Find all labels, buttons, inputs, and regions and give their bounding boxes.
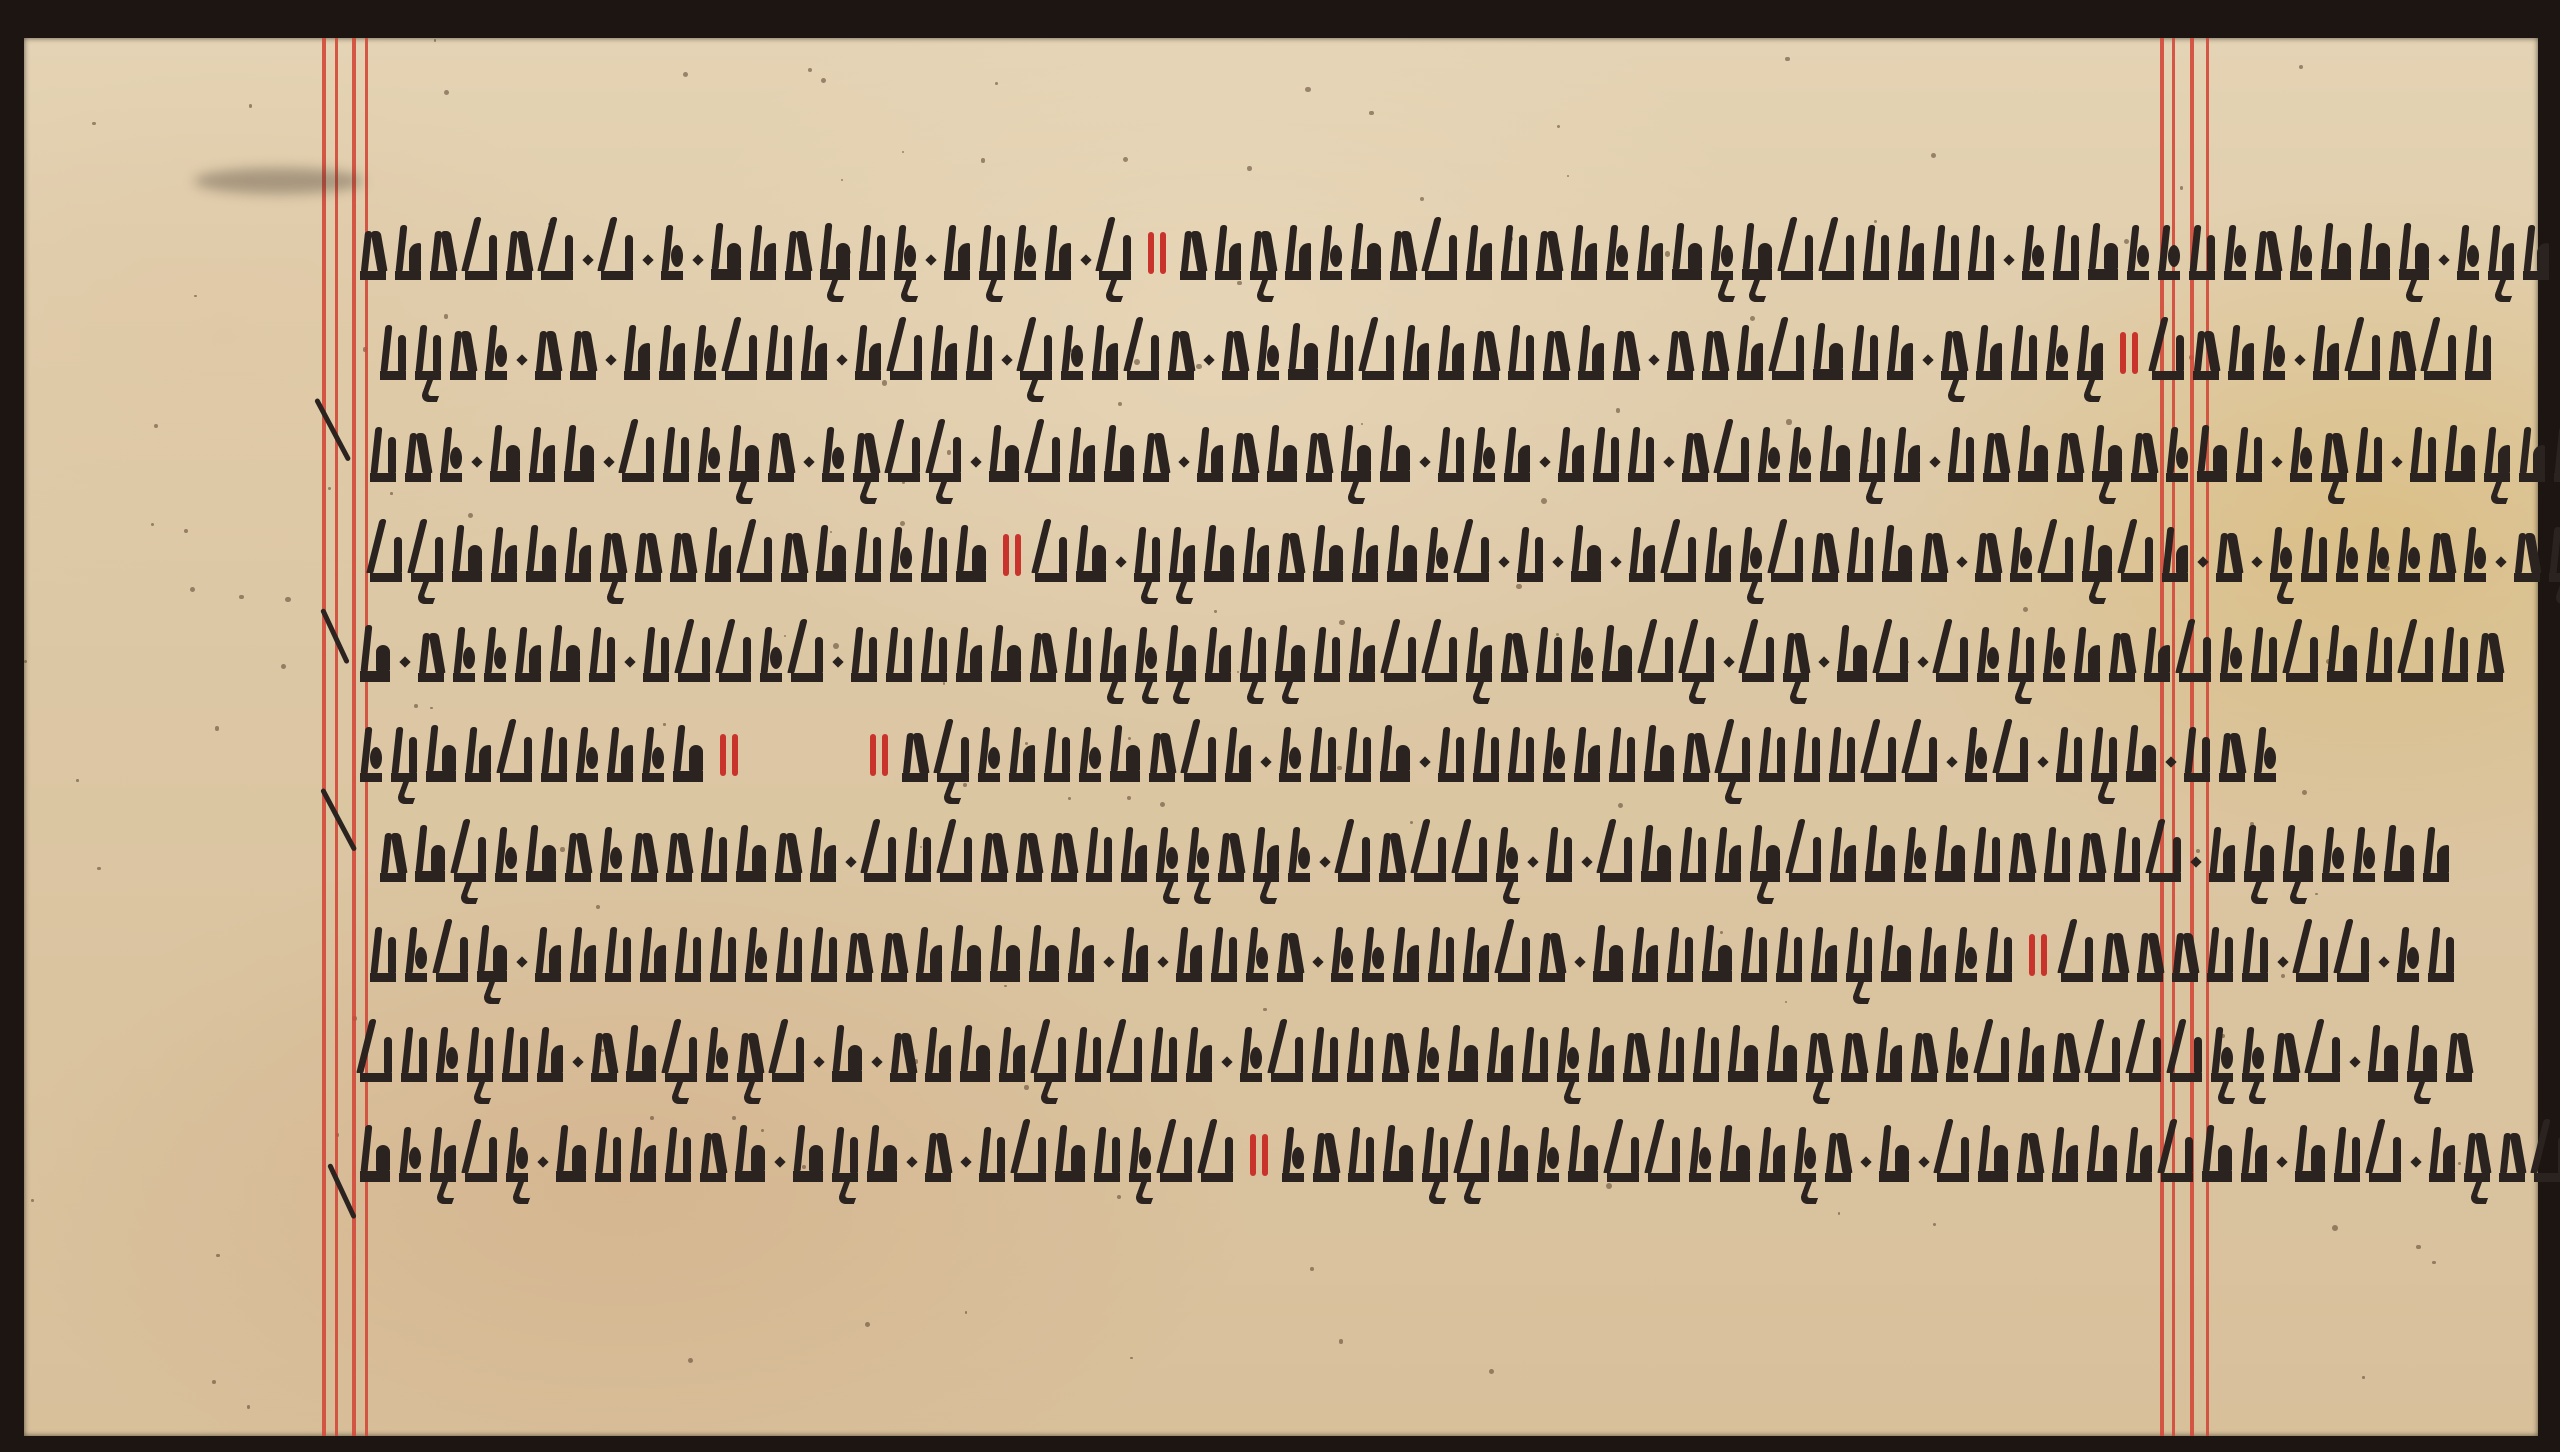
word-separator-dot xyxy=(1917,656,1928,667)
script-glyph xyxy=(1789,842,1821,882)
script-glyph xyxy=(890,340,922,380)
word-separator-dot xyxy=(2277,956,2288,967)
script-glyph xyxy=(1030,642,1056,682)
script-glyph xyxy=(395,240,421,280)
marginal-pen-stroke xyxy=(314,398,351,462)
script-glyph xyxy=(1667,942,1693,982)
script-glyph xyxy=(2184,742,2210,782)
word-separator-dot xyxy=(642,254,653,265)
script-glyph xyxy=(2337,942,2369,982)
script-glyph xyxy=(624,340,650,380)
manuscript-line-10 xyxy=(360,1112,2560,1182)
word-separator-dot xyxy=(2251,556,2262,567)
script-glyph xyxy=(605,942,631,982)
word-separator-dot xyxy=(1178,456,1189,467)
script-glyph xyxy=(401,1042,427,1082)
script-glyph xyxy=(1473,742,1499,782)
script-glyph xyxy=(1498,942,1530,982)
script-glyph xyxy=(1127,340,1159,380)
word-separator-dot xyxy=(572,1056,583,1067)
script-glyph xyxy=(2254,742,2276,782)
script-glyph xyxy=(1122,942,1148,982)
script-glyph xyxy=(2046,340,2068,380)
script-glyph xyxy=(1184,742,1216,782)
script-glyph xyxy=(673,742,703,782)
word-separator-dot xyxy=(2410,1156,2421,1167)
word-separator-dot xyxy=(1860,1156,1871,1167)
script-glyph xyxy=(626,1042,656,1082)
script-glyph xyxy=(565,842,591,882)
script-glyph xyxy=(1783,642,1809,682)
word-separator-dot xyxy=(1539,456,1550,467)
script-glyph xyxy=(529,442,555,482)
script-glyph xyxy=(925,1042,951,1082)
word-separator-dot xyxy=(2294,354,2305,365)
script-glyph xyxy=(793,1142,823,1182)
word-separator-dot xyxy=(774,1156,785,1167)
script-glyph xyxy=(1876,1042,1902,1082)
script-glyph xyxy=(1014,240,1036,280)
script-glyph xyxy=(1380,742,1410,782)
script-glyph xyxy=(1571,642,1593,682)
script-glyph xyxy=(881,942,907,982)
script-glyph xyxy=(1702,340,1728,380)
manuscript-line-5 xyxy=(360,612,2512,682)
red-double-danda xyxy=(2116,328,2142,374)
script-glyph xyxy=(1920,942,1946,982)
script-glyph xyxy=(1028,442,1060,482)
script-glyph xyxy=(816,542,846,582)
script-glyph xyxy=(1771,542,1803,582)
script-glyph xyxy=(766,340,792,380)
word-separator-dot xyxy=(2190,856,2201,867)
script-glyph xyxy=(1664,542,1696,582)
red-double-danda xyxy=(866,730,892,776)
script-glyph xyxy=(490,442,520,482)
script-glyph xyxy=(1935,842,1965,882)
script-glyph xyxy=(2087,1142,2117,1182)
script-glyph xyxy=(565,542,591,582)
script-glyph xyxy=(768,442,794,482)
script-glyph xyxy=(2296,942,2328,982)
script-glyph xyxy=(2484,442,2510,482)
script-glyph xyxy=(675,942,701,982)
script-glyph xyxy=(1029,942,1059,982)
script-glyph xyxy=(867,1142,897,1182)
script-glyph xyxy=(2353,842,2375,882)
script-glyph xyxy=(1457,1142,1489,1182)
word-separator-dot xyxy=(2003,254,2014,265)
word-separator-dot xyxy=(970,456,981,467)
script-glyph xyxy=(465,240,497,280)
script-glyph xyxy=(2442,642,2468,682)
script-glyph xyxy=(1473,442,1495,482)
script-glyph xyxy=(1349,642,1375,682)
script-glyph xyxy=(1977,642,1999,682)
script-glyph xyxy=(2446,1042,2472,1082)
word-separator-dot xyxy=(605,354,616,365)
script-glyph xyxy=(2220,642,2242,682)
script-glyph xyxy=(2321,240,2351,280)
script-glyph xyxy=(391,742,417,782)
script-glyph xyxy=(1065,642,1091,682)
word-separator-dot xyxy=(624,656,635,667)
script-glyph xyxy=(1110,742,1140,782)
word-separator-dot xyxy=(2438,254,2449,265)
script-glyph xyxy=(1314,642,1340,682)
script-glyph xyxy=(550,642,580,682)
script-glyph xyxy=(2166,442,2188,482)
word-separator-dot xyxy=(471,456,482,467)
script-glyph xyxy=(1609,742,1635,782)
red-double-danda xyxy=(1144,228,1170,274)
script-glyph xyxy=(1414,842,1446,882)
script-glyph xyxy=(2366,642,2392,682)
script-glyph xyxy=(515,642,541,682)
word-separator-dot xyxy=(1419,456,1430,467)
script-glyph xyxy=(436,1042,458,1082)
word-separator-dot xyxy=(871,1056,882,1067)
script-glyph xyxy=(859,240,885,280)
script-glyph xyxy=(1501,240,1527,280)
script-glyph xyxy=(595,1142,621,1182)
script-glyph xyxy=(506,240,532,280)
script-glyph xyxy=(1937,1142,1969,1182)
script-glyph xyxy=(2429,542,2455,582)
script-glyph xyxy=(1129,1142,1151,1182)
script-glyph xyxy=(360,240,386,280)
script-glyph xyxy=(591,1042,617,1082)
script-glyph xyxy=(370,542,402,582)
script-glyph xyxy=(2057,442,2083,482)
script-glyph xyxy=(1393,942,1419,982)
script-glyph xyxy=(2488,240,2514,280)
word-separator-dot xyxy=(516,956,527,967)
script-glyph xyxy=(999,1042,1025,1082)
script-glyph xyxy=(1121,842,1147,882)
script-glyph xyxy=(1020,340,1052,380)
script-glyph xyxy=(576,742,598,782)
script-glyph xyxy=(1847,542,1873,582)
script-glyph xyxy=(1197,442,1223,482)
script-glyph xyxy=(2137,942,2163,982)
word-separator-dot xyxy=(845,856,856,867)
script-glyph xyxy=(745,942,767,982)
script-glyph xyxy=(711,240,741,280)
script-glyph xyxy=(864,842,896,882)
script-glyph xyxy=(1680,842,1706,882)
script-glyph xyxy=(729,442,759,482)
word-separator-dot xyxy=(399,656,410,667)
script-glyph xyxy=(1536,240,1562,280)
script-glyph xyxy=(2389,340,2415,380)
script-glyph xyxy=(2202,1142,2232,1182)
script-glyph xyxy=(2079,842,2105,882)
script-glyph xyxy=(415,340,441,380)
script-glyph xyxy=(1232,442,1258,482)
script-glyph xyxy=(1014,1142,1046,1182)
script-glyph xyxy=(1863,240,1889,280)
word-separator-dot xyxy=(1103,956,1114,967)
script-glyph xyxy=(1711,240,1733,280)
script-glyph xyxy=(1035,542,1067,582)
script-glyph xyxy=(1789,442,1811,482)
script-glyph xyxy=(2424,340,2456,380)
script-glyph xyxy=(1741,942,1767,982)
script-glyph xyxy=(1613,340,1639,380)
script-glyph xyxy=(1438,742,1464,782)
script-glyph xyxy=(1571,240,1597,280)
script-glyph xyxy=(450,340,476,380)
script-glyph xyxy=(2534,1142,2560,1182)
word-separator-dot xyxy=(1648,354,1659,365)
script-glyph xyxy=(1859,442,1885,482)
manuscript-line-9 xyxy=(360,1012,2481,1082)
script-glyph xyxy=(2077,340,2103,380)
script-glyph xyxy=(1632,942,1658,982)
script-glyph xyxy=(601,240,633,280)
script-glyph xyxy=(541,742,567,782)
script-glyph xyxy=(2193,340,2219,380)
script-glyph xyxy=(2368,1042,2398,1082)
script-glyph xyxy=(2224,240,2246,280)
script-glyph xyxy=(2219,742,2245,782)
manuscript-text-block xyxy=(24,38,2538,1436)
word-separator-dot xyxy=(1221,1056,1232,1067)
script-glyph xyxy=(1715,842,1741,882)
script-glyph xyxy=(495,842,517,882)
script-glyph xyxy=(760,642,782,682)
script-glyph xyxy=(1921,542,1947,582)
script-glyph xyxy=(1338,842,1370,882)
script-glyph xyxy=(411,542,443,582)
script-glyph xyxy=(452,542,482,582)
script-glyph xyxy=(719,642,751,682)
script-glyph xyxy=(1806,1042,1832,1082)
script-glyph xyxy=(2152,340,2184,380)
script-glyph xyxy=(380,842,406,882)
script-glyph xyxy=(1628,442,1654,482)
manuscript-line-2 xyxy=(380,310,2500,380)
script-glyph xyxy=(1487,1042,1513,1082)
word-separator-dot xyxy=(1663,456,1674,467)
script-glyph xyxy=(1166,642,1196,682)
script-glyph xyxy=(630,1142,656,1182)
script-glyph xyxy=(640,942,666,982)
script-glyph xyxy=(1211,942,1237,982)
script-glyph xyxy=(2127,240,2149,280)
script-glyph xyxy=(541,240,573,280)
script-glyph xyxy=(436,942,468,982)
script-glyph xyxy=(791,642,823,682)
word-separator-dot xyxy=(1956,556,1967,567)
script-glyph xyxy=(694,340,716,380)
script-glyph xyxy=(1546,842,1572,882)
script-glyph xyxy=(1852,340,1878,380)
word-separator-dot xyxy=(1929,456,1940,467)
script-glyph xyxy=(2336,542,2358,582)
script-glyph xyxy=(2423,842,2449,882)
script-glyph xyxy=(1578,340,1604,380)
script-glyph xyxy=(1151,1042,1177,1082)
script-glyph xyxy=(537,1042,563,1082)
script-glyph xyxy=(1977,1042,2009,1082)
script-glyph xyxy=(2109,642,2135,682)
script-glyph xyxy=(2327,642,2357,682)
script-glyph xyxy=(1720,1142,1750,1182)
script-glyph xyxy=(785,240,811,280)
script-glyph xyxy=(931,340,957,380)
script-glyph xyxy=(2044,842,2070,882)
script-glyph xyxy=(1143,442,1169,482)
script-glyph xyxy=(440,442,462,482)
script-glyph xyxy=(1250,240,1276,280)
script-glyph xyxy=(1134,542,1160,582)
script-glyph xyxy=(370,942,396,982)
script-glyph xyxy=(1222,340,1248,380)
script-glyph xyxy=(1759,1142,1785,1182)
script-glyph xyxy=(710,942,736,982)
script-glyph xyxy=(1517,542,1543,582)
script-glyph xyxy=(1682,642,1714,682)
script-glyph xyxy=(564,442,594,482)
script-glyph xyxy=(832,1142,858,1182)
script-glyph xyxy=(832,1042,862,1082)
script-glyph xyxy=(2295,1142,2325,1182)
word-separator-dot xyxy=(537,1156,548,1167)
script-glyph xyxy=(1016,842,1042,882)
script-glyph xyxy=(1830,842,1856,882)
script-glyph xyxy=(600,542,626,582)
script-glyph xyxy=(2464,542,2486,582)
script-glyph xyxy=(1110,1042,1142,1082)
script-glyph xyxy=(1812,542,1838,582)
script-glyph xyxy=(890,542,912,582)
script-glyph xyxy=(635,542,661,582)
script-glyph xyxy=(1948,442,1974,482)
script-glyph xyxy=(2283,842,2313,882)
script-glyph xyxy=(1705,542,1731,582)
script-glyph xyxy=(2367,542,2389,582)
script-glyph xyxy=(2197,442,2227,482)
script-glyph xyxy=(2397,942,2419,982)
script-glyph xyxy=(2242,942,2268,982)
script-glyph xyxy=(570,340,596,380)
script-glyph xyxy=(2091,742,2117,782)
script-glyph xyxy=(1438,340,1464,380)
word-separator-dot xyxy=(803,456,814,467)
script-glyph xyxy=(1045,240,1071,280)
script-glyph xyxy=(1218,842,1244,882)
script-glyph xyxy=(775,842,801,882)
script-glyph xyxy=(1204,542,1234,582)
word-separator-dot xyxy=(1574,956,1585,967)
manuscript-line-1 xyxy=(360,210,2558,280)
script-glyph xyxy=(2207,942,2233,982)
script-glyph xyxy=(2061,942,2093,982)
script-glyph xyxy=(1306,442,1332,482)
script-glyph xyxy=(1282,1142,1304,1182)
marginal-pen-stroke xyxy=(320,608,350,664)
script-glyph xyxy=(1288,842,1310,882)
script-glyph xyxy=(735,1142,765,1182)
script-glyph xyxy=(1312,1042,1338,1082)
script-glyph xyxy=(1086,842,1112,882)
script-glyph xyxy=(2399,240,2429,280)
script-glyph xyxy=(1279,742,1301,782)
script-glyph xyxy=(2022,240,2044,280)
script-glyph xyxy=(1637,240,1663,280)
script-glyph xyxy=(737,1042,763,1082)
script-glyph xyxy=(2398,542,2420,582)
script-glyph xyxy=(1672,240,1702,280)
word-separator-dot xyxy=(960,1156,971,1167)
script-glyph xyxy=(1384,642,1416,682)
script-glyph xyxy=(1864,742,1896,782)
script-glyph xyxy=(894,240,916,280)
script-glyph xyxy=(1882,542,1912,582)
script-glyph xyxy=(666,842,692,882)
script-glyph xyxy=(1320,240,1342,280)
script-glyph xyxy=(921,642,947,682)
script-glyph xyxy=(506,1142,528,1182)
script-glyph xyxy=(1644,742,1674,782)
script-glyph xyxy=(951,942,981,982)
script-glyph xyxy=(1629,542,1655,582)
script-glyph xyxy=(1246,942,1268,982)
script-glyph xyxy=(1813,340,1843,380)
script-glyph xyxy=(1403,340,1429,380)
script-glyph xyxy=(1201,1142,1233,1182)
script-glyph xyxy=(1683,742,1709,782)
script-glyph xyxy=(2126,1142,2152,1182)
script-glyph xyxy=(2129,1042,2161,1082)
script-glyph xyxy=(2010,542,2032,582)
script-glyph xyxy=(1508,742,1534,782)
script-glyph xyxy=(1362,340,1394,380)
script-glyph xyxy=(2348,340,2380,380)
script-glyph xyxy=(706,1042,728,1082)
script-glyph xyxy=(665,1042,697,1082)
red-double-danda xyxy=(716,730,742,776)
script-glyph xyxy=(502,1042,528,1082)
script-glyph xyxy=(2056,742,2082,782)
script-glyph xyxy=(890,1042,916,1082)
word-separator-dot xyxy=(1312,956,1323,967)
script-glyph xyxy=(1822,240,1854,280)
script-glyph xyxy=(2092,442,2122,482)
script-glyph xyxy=(925,1142,951,1182)
script-glyph xyxy=(1387,542,1417,582)
script-glyph xyxy=(1135,642,1157,682)
script-glyph xyxy=(2158,240,2180,280)
script-glyph xyxy=(1271,1042,1303,1082)
script-glyph xyxy=(750,240,776,280)
script-glyph xyxy=(1100,642,1126,682)
script-glyph xyxy=(822,442,844,482)
script-glyph xyxy=(491,542,517,582)
script-glyph xyxy=(956,542,986,582)
manuscript-line-7 xyxy=(380,812,2458,882)
word-separator-dot xyxy=(2197,556,2208,567)
script-glyph xyxy=(1383,1142,1413,1182)
script-glyph xyxy=(736,842,766,882)
script-glyph xyxy=(1641,642,1673,682)
script-glyph xyxy=(535,340,561,380)
script-glyph xyxy=(1352,542,1378,582)
script-glyph xyxy=(405,442,431,482)
script-glyph xyxy=(2270,542,2292,582)
